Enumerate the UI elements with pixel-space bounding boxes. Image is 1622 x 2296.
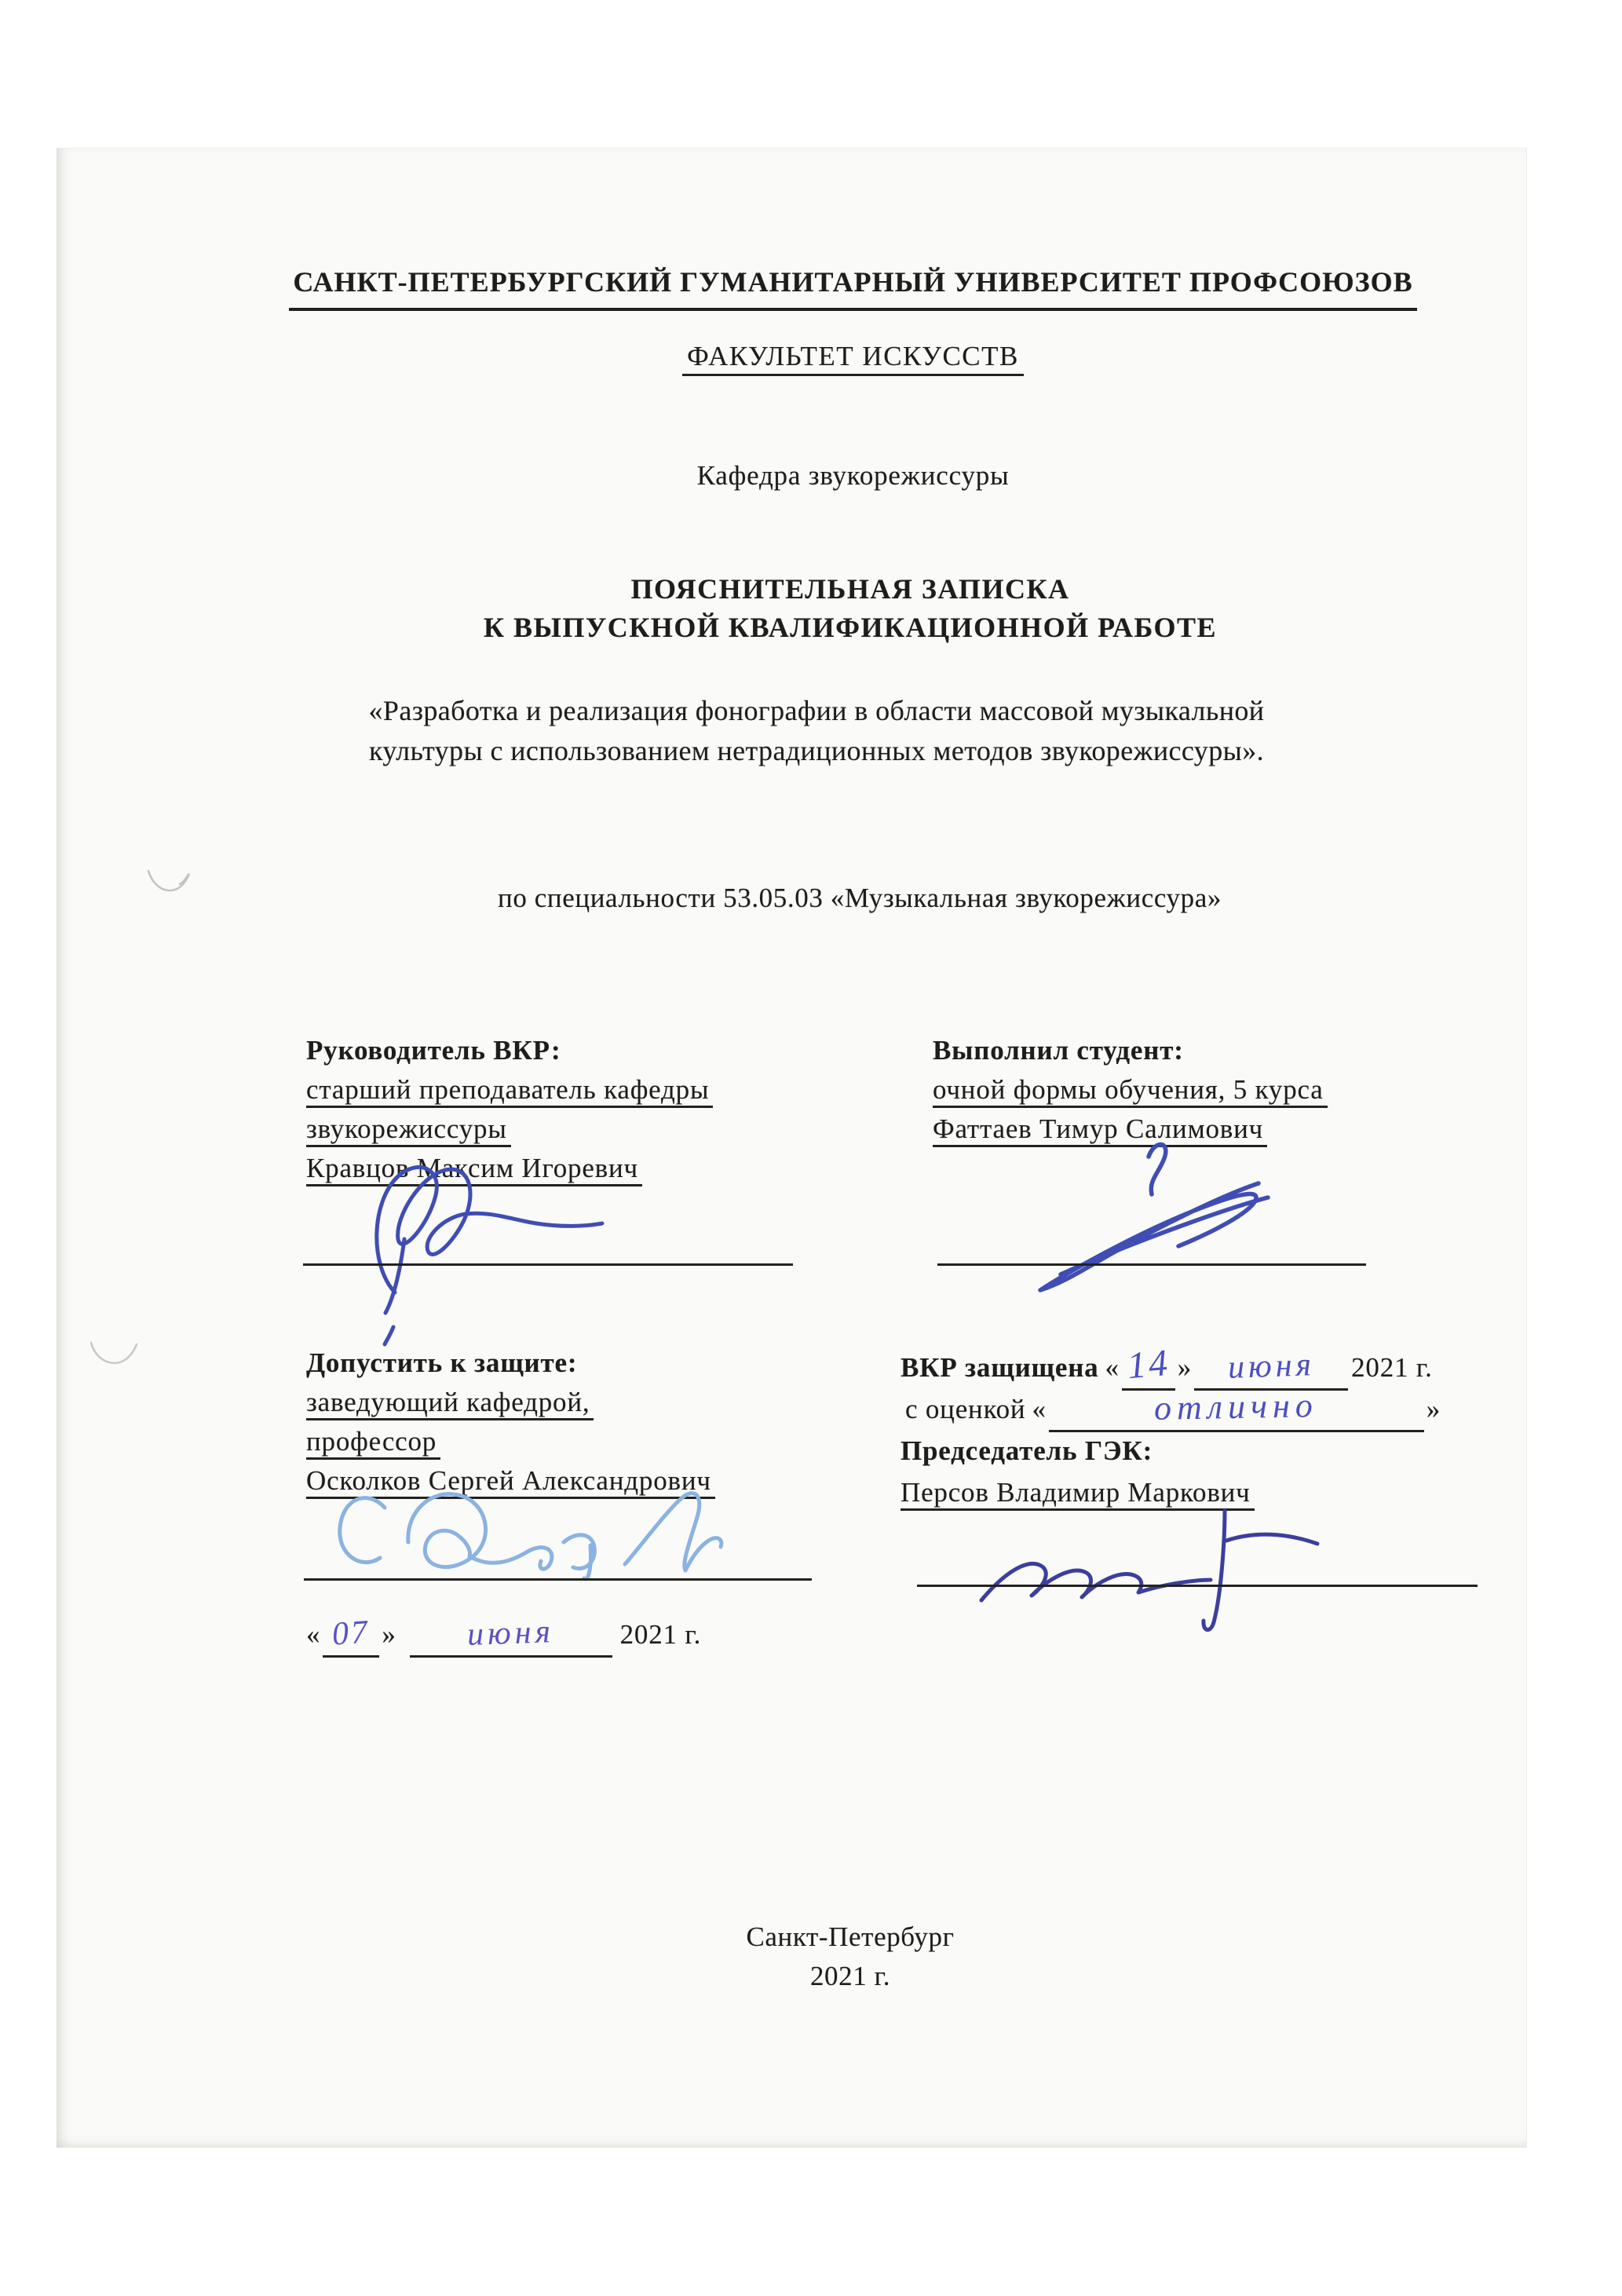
thesis-topic-line2: культуры с использованием нетрадиционных… — [228, 731, 1405, 771]
footer: Санкт-Петербург 2021 г. — [536, 1918, 1164, 1996]
admission-date-day-slot: 07 — [323, 1619, 379, 1658]
defense-date-line: ВКР защищена « 14 » июня 2021 г. — [901, 1352, 1433, 1391]
close-quote: » — [1427, 1394, 1441, 1425]
admission-position-line2: профессор — [306, 1426, 440, 1460]
student-info-line: очной формы обучения, 5 курса — [933, 1074, 1328, 1108]
chairman-heading: Председатель ГЭК: — [901, 1435, 1153, 1466]
grade-prefix: с оценкой — [905, 1394, 1025, 1425]
chairman-signature-graphic — [934, 1500, 1374, 1641]
thesis-topic: «Разработка и реализация фонографии в об… — [228, 691, 1405, 771]
document-title: ПОЯСНИТЕЛЬНАЯ ЗАПИСКА К ВЫПУСКНОЙ КВАЛИФ… — [261, 570, 1439, 647]
close-quote: » — [1178, 1352, 1192, 1384]
defense-heading: ВКР защищена — [901, 1352, 1098, 1384]
defense-month-slot: июня — [1194, 1352, 1348, 1391]
faculty-title-text: ФАКУЛЬТЕТ ИСКУССТВ — [682, 341, 1024, 376]
chairman-signature-line — [917, 1585, 1478, 1587]
university-title: САНКТ-ПЕТЕРБУРГСКИЙ ГУМАНИТАРНЫЙ УНИВЕРС… — [289, 265, 1417, 311]
student-heading: Выполнил студент: — [933, 1035, 1328, 1074]
student-signature-line — [937, 1263, 1366, 1266]
open-quote: « — [1032, 1394, 1046, 1425]
admission-date-day-handwritten: 07 — [331, 1620, 371, 1646]
footer-city: Санкт-Петербург — [536, 1918, 1164, 1957]
supervisor-signature-line — [303, 1263, 793, 1266]
defense-day-handwritten: 14 — [1127, 1351, 1171, 1379]
scanned-title-page: САНКТ-ПЕТЕРБУРГСКИЙ ГУМАНИТАРНЫЙ УНИВЕРС… — [0, 0, 1622, 2296]
defense-grade-line: с оценкой « отлично » — [905, 1394, 1443, 1432]
faculty-title: ФАКУЛЬТЕТ ИСКУССТВ — [289, 341, 1417, 372]
document-title-line2: К ВЫПУСКНОЙ КВАЛИФИКАЦИОННОЙ РАБОТЕ — [261, 609, 1439, 647]
thesis-topic-line1: «Разработка и реализация фонографии в об… — [228, 691, 1405, 731]
defense-day-slot: 14 — [1122, 1352, 1175, 1391]
admission-heading: Допустить к защите: — [306, 1347, 715, 1387]
specialty-line: по специальности 53.05.03 «Музыкальная з… — [271, 883, 1448, 914]
defense-grade-handwritten: отлично — [1154, 1394, 1318, 1420]
admission-date-line: « 07 » июня 2021 г. — [304, 1619, 701, 1658]
student-signature-graphic — [985, 1135, 1323, 1300]
supervisor-signature-graphic — [326, 1139, 640, 1358]
defense-year: 2021 г. — [1351, 1352, 1433, 1384]
defense-grade-slot: отлично — [1049, 1394, 1424, 1432]
admission-position-line1: заведующий кафедрой, — [306, 1387, 594, 1420]
department-line: Кафедра звукорежиссуры — [289, 460, 1417, 492]
admission-date-year: 2021 г. — [620, 1619, 702, 1651]
scan-artifact-curve — [145, 860, 200, 907]
defense-month-handwritten: июня — [1227, 1353, 1315, 1380]
open-quote: « — [1105, 1352, 1119, 1384]
admission-date-month-slot: июня — [410, 1619, 612, 1658]
open-quote: « — [306, 1619, 320, 1651]
supervisor-position-line1: старший преподаватель кафедры — [306, 1074, 713, 1108]
document-title-line1: ПОЯСНИТЕЛЬНАЯ ЗАПИСКА — [261, 570, 1439, 609]
supervisor-heading: Руководитель ВКР: — [306, 1035, 713, 1074]
close-quote: » — [382, 1619, 396, 1651]
footer-year: 2021 г. — [536, 1957, 1164, 1996]
admission-signature-line — [304, 1578, 812, 1581]
scan-artifact-curve — [88, 1325, 151, 1380]
admission-date-month-handwritten: июня — [467, 1620, 555, 1647]
